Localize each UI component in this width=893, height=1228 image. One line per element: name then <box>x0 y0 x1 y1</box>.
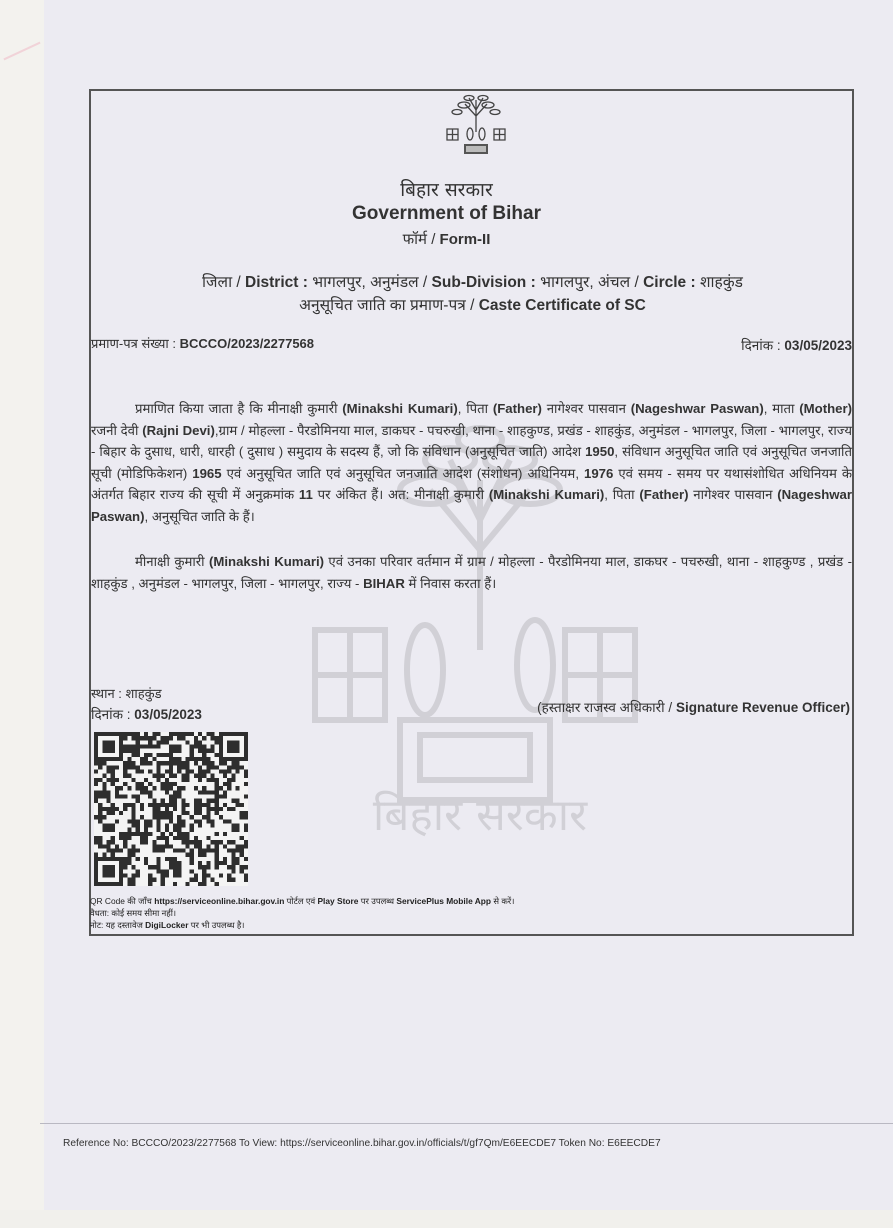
text-run: 1965 <box>192 466 221 481</box>
certificate-date: दिनांक : 03/05/2023 <box>741 336 852 354</box>
digilocker-note: नोट: यह दस्तावेज DigiLocker पर भी उपलब्ध… <box>90 919 514 931</box>
text-run: , अनुसूचित जाति के हैं। <box>145 509 255 524</box>
text-run: पर अंकित हैं। अत: मीनाक्षी कुमारी <box>313 487 489 502</box>
issue-date-label: दिनांक : <box>91 707 131 722</box>
certificate-type-hindi: अनुसूचित जाति का प्रमाण-पत्र / <box>299 297 474 314</box>
text-run: , पिता <box>458 401 493 416</box>
residence-paragraph: मीनाक्षी कुमारी (Minakshi Kumari) एवं उन… <box>91 551 852 594</box>
text-run: 1950 <box>585 444 614 459</box>
district-value: भागलपुर, अनुमंडल / <box>312 274 427 291</box>
text-run: मीनाक्षी कुमारी <box>135 554 209 569</box>
certificate-number-value: BCCCO/2023/2277568 <box>180 336 314 351</box>
signature-revenue-officer: (हस्ताक्षर राजस्व अधिकारी / Signature Re… <box>537 698 850 716</box>
certificate-type-english: Caste Certificate of SC <box>479 297 646 314</box>
text-run: (Nageshwar Paswan) <box>631 401 764 416</box>
text-run: (Minakshi Kumari) <box>209 554 324 569</box>
place-value: शाहकुंड <box>126 686 162 701</box>
subdivision-label: Sub-Division : <box>432 274 536 291</box>
validity-note: वैधता: कोई समय सीमा नहीं। <box>90 907 514 919</box>
text-run: 11 <box>299 487 313 502</box>
text-run: , माता <box>764 401 800 416</box>
certification-paragraph: प्रमाणित किया जाता है कि मीनाक्षी कुमारी… <box>91 398 852 527</box>
text-run: (Mother) <box>799 401 852 416</box>
text-run: एवं अनुसूचित जाति एवं अनुसूचित जनजाति आद… <box>222 466 584 481</box>
place: स्थान : शाहकुंड <box>91 684 162 702</box>
title-hindi: बिहार सरकार <box>0 176 893 202</box>
form-label-hindi: फॉर्म / <box>403 231 436 248</box>
text-run: , पिता <box>604 487 639 502</box>
signature-label-hindi: (हस्ताक्षर राजस्व अधिकारी / <box>537 700 672 715</box>
verify-portal-link[interactable]: https://serviceonline.bihar.gov.in <box>154 896 284 906</box>
text-run: (Rajni Devi) <box>142 423 215 438</box>
text-run: 1976 <box>584 466 613 481</box>
certificate-number: प्रमाण-पत्र संख्या : BCCCO/2023/2277568 <box>91 334 314 352</box>
text-run: नागेश्वर पासवान <box>688 487 777 502</box>
district-label-hindi: जिला / <box>202 274 241 291</box>
issue-date-value: 03/05/2023 <box>134 707 202 722</box>
text-run: BIHAR <box>363 576 405 591</box>
issue-date: दिनांक : 03/05/2023 <box>91 705 202 723</box>
qr-verify-note: QR Code की जाँच https://serviceonline.bi… <box>90 895 514 907</box>
certification-text: प्रमाणित किया जाता है कि मीनाक्षी कुमारी… <box>91 401 852 524</box>
form-title: फॉर्म / Form-II <box>0 229 893 249</box>
bihar-government-emblem-icon <box>443 92 509 158</box>
certificate-number-label: प्रमाण-पत्र संख्या : <box>91 336 176 351</box>
district-label: District : <box>245 274 308 291</box>
text-run: (Father) <box>493 401 542 416</box>
footer-divider <box>40 1123 893 1124</box>
text-run: प्रमाणित किया जाता है कि मीनाक्षी कुमारी <box>135 401 342 416</box>
place-label: स्थान : <box>91 686 122 701</box>
residence-text: मीनाक्षी कुमारी (Minakshi Kumari) एवं उन… <box>91 554 852 591</box>
text-run: (Minakshi Kumari) <box>489 487 604 502</box>
circle-value: शाहकुंड <box>700 274 743 291</box>
text-run: (Father) <box>639 487 688 502</box>
jurisdiction-line: जिला / District : भागलपुर, अनुमंडल / Sub… <box>0 270 893 292</box>
text-run: रजनी देवी <box>91 423 142 438</box>
certificate-type: अनुसूचित जाति का प्रमाण-पत्र / Caste Cer… <box>0 293 893 315</box>
title-english: Government of Bihar <box>0 203 893 225</box>
subdivision-value: भागलपुर, अंचल / <box>540 274 639 291</box>
text-run: में निवास करता हैं। <box>405 576 496 591</box>
circle-label: Circle : <box>643 274 696 291</box>
text-run: (Minakshi Kumari) <box>342 401 457 416</box>
paper-bottom-edge <box>0 1210 893 1228</box>
reference-line: Reference No: BCCCO/2023/2277568 To View… <box>63 1138 661 1149</box>
certificate-date-value: 03/05/2023 <box>784 338 852 353</box>
certificate-date-label: दिनांक : <box>741 338 781 353</box>
form-label-english: Form-II <box>440 231 491 248</box>
signature-label-english: Signature Revenue Officer) <box>676 700 850 715</box>
text-run: नागेश्वर पासवान <box>542 401 631 416</box>
qr-code-icon[interactable] <box>94 732 248 886</box>
qr-notes: QR Code की जाँच https://serviceonline.bi… <box>90 895 514 931</box>
